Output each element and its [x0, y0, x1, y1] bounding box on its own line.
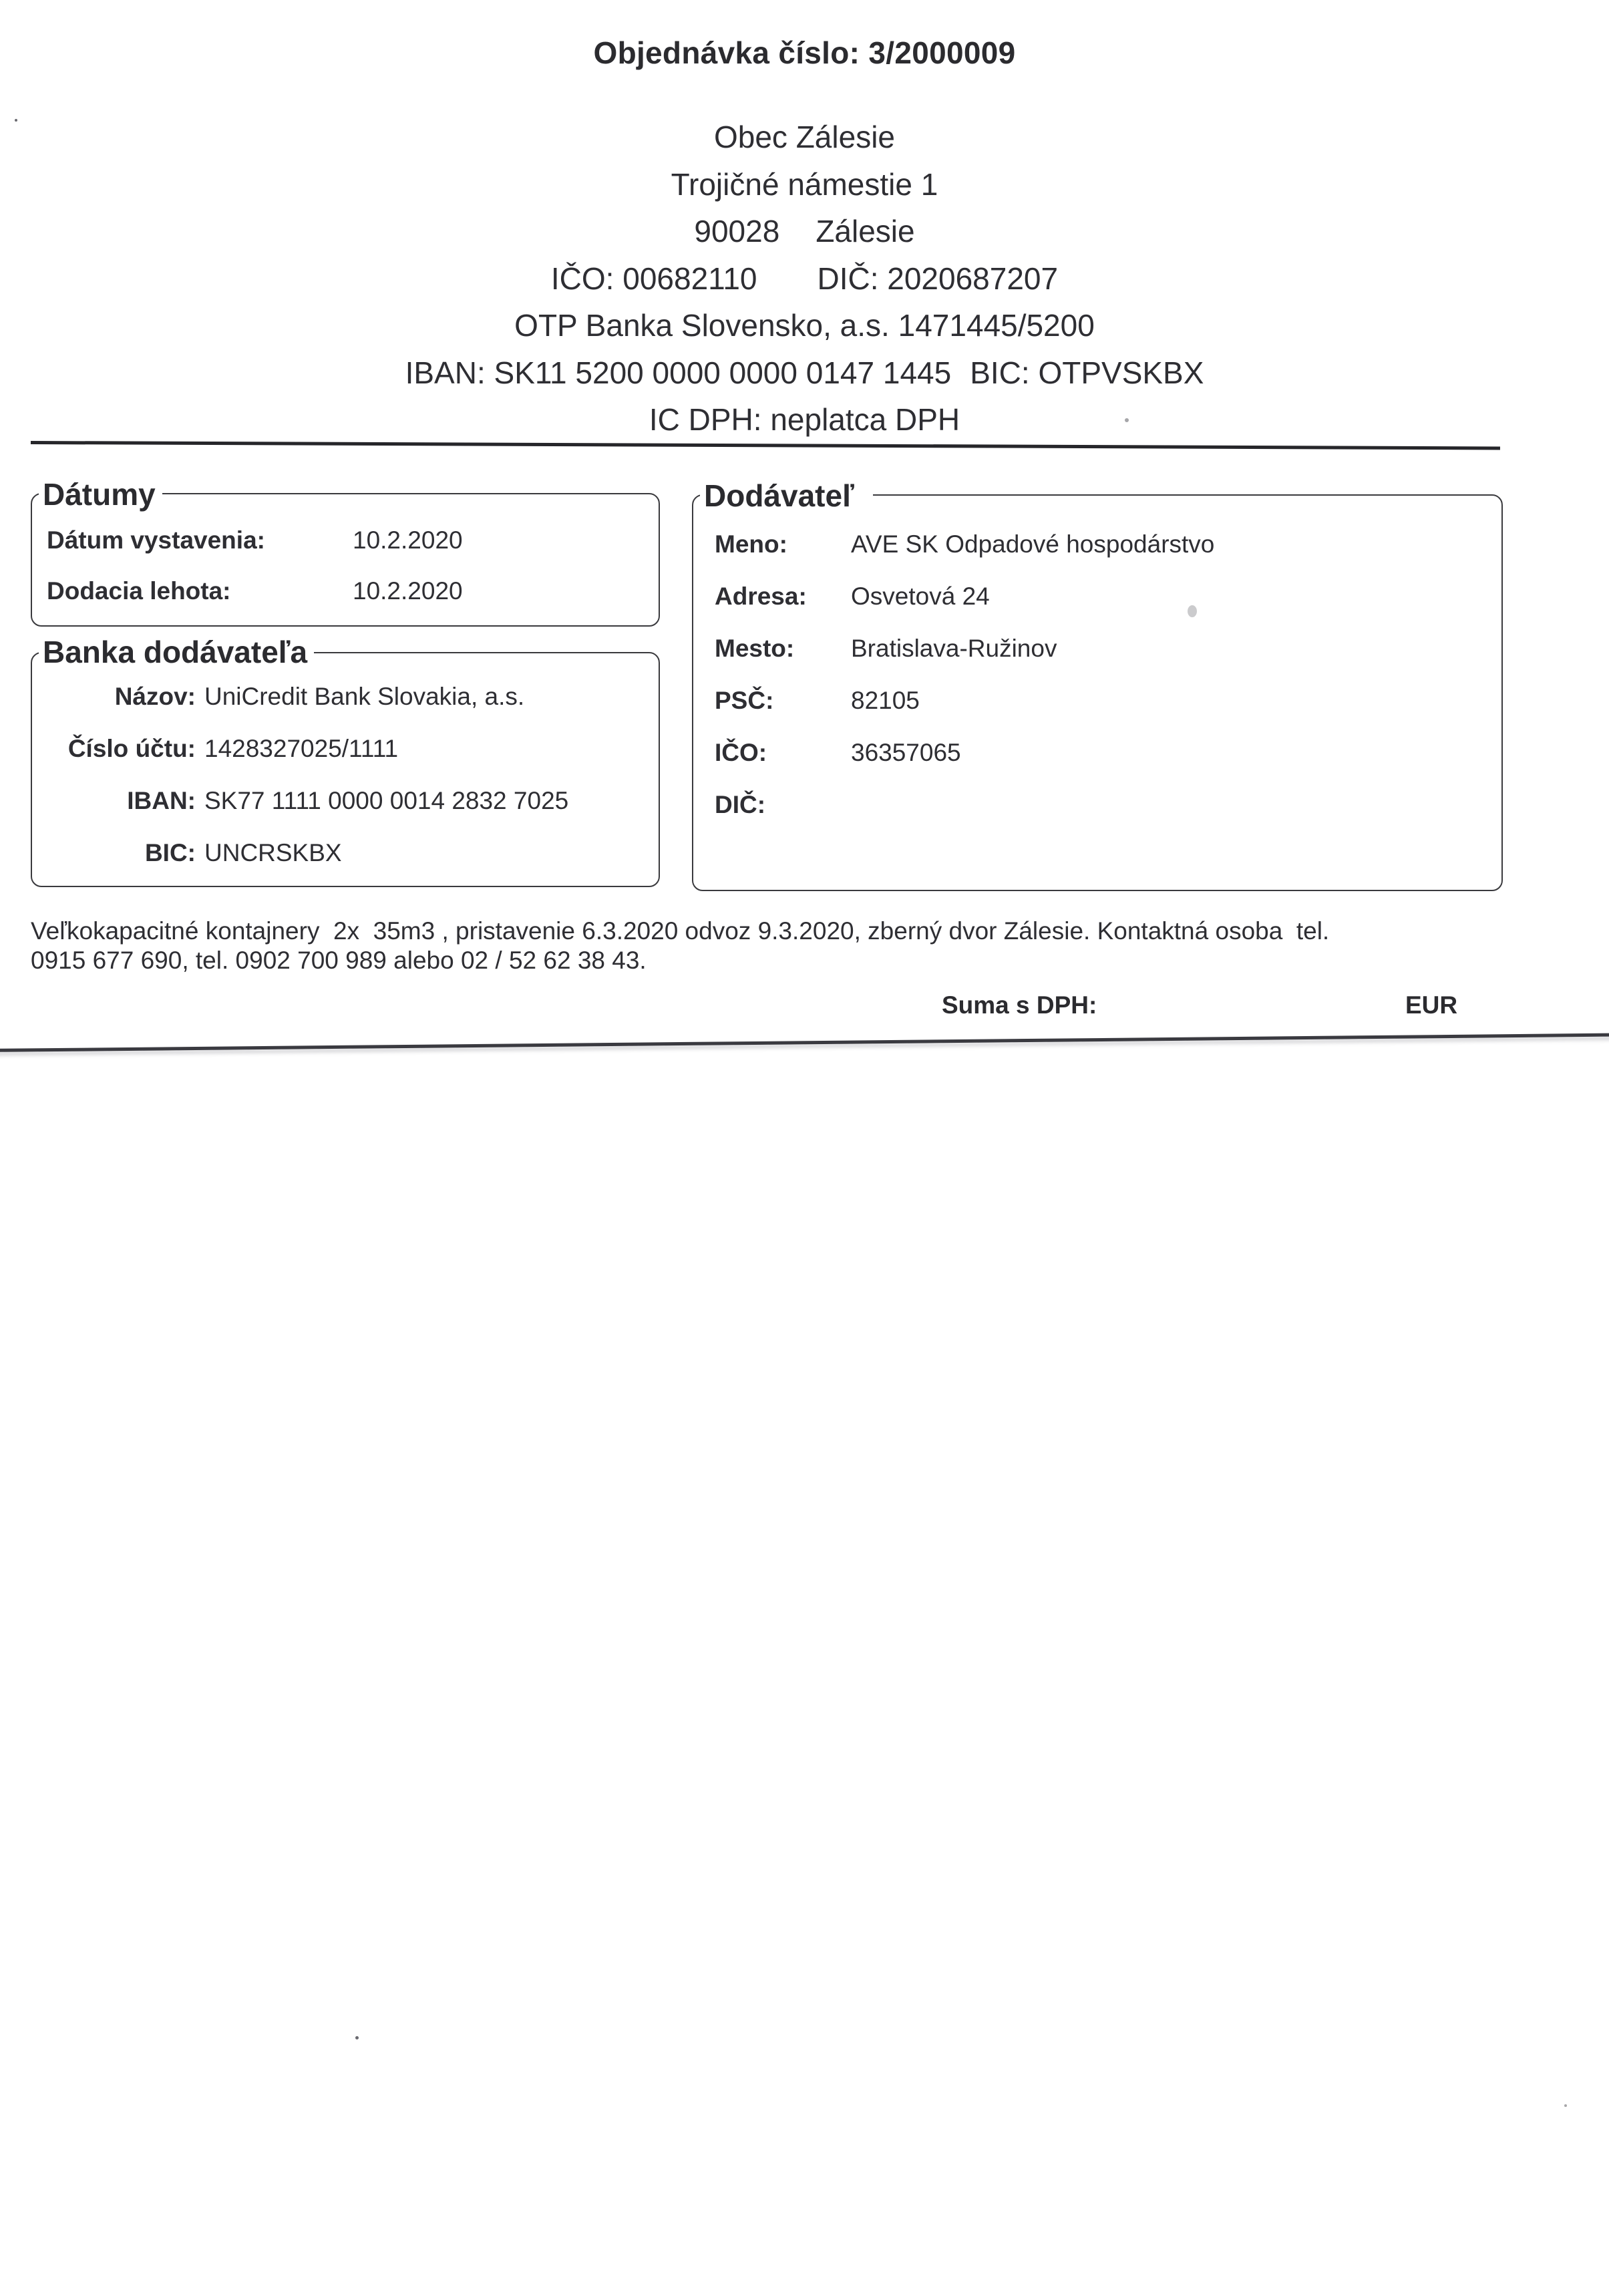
- issue-date-label: Dátum vystavenia:: [47, 526, 265, 554]
- issuer-name: Obec Zálesie: [0, 114, 1609, 161]
- issuer-bic-label: BIC:: [970, 355, 1029, 390]
- supplier-address-label: Adresa:: [715, 583, 807, 611]
- scan-speck: [1125, 418, 1129, 422]
- total-currency: EUR: [1405, 991, 1457, 1019]
- issuer-city-line: 90028Zálesie: [0, 208, 1609, 255]
- supplier-legend: Dodávateľ: [700, 477, 873, 514]
- issuer-vat: IC DPH: neplatca DPH: [0, 396, 1609, 444]
- issuer-dic-label: DIČ:: [817, 261, 878, 296]
- dates-legend: Dátumy: [39, 476, 162, 513]
- bank-iban-label: IBAN:: [127, 787, 196, 815]
- dates-box: Dátumy Dátum vystavenia: 10.2.2020 Dodac…: [31, 493, 660, 627]
- supplier-bank-legend: Banka dodávateľa: [39, 633, 314, 671]
- issuer-bank: OTP Banka Slovensko, a.s. 1471445/5200: [0, 302, 1609, 349]
- description-line-1: Veľkokapacitné kontajnery 2x 35m3 , pris…: [31, 917, 1527, 946]
- order-title: Objednávka číslo: 3/2000009: [0, 35, 1609, 71]
- order-description: Veľkokapacitné kontajnery 2x 35m3 , pris…: [31, 917, 1527, 975]
- issue-date-row: Dátum vystavenia:: [47, 526, 265, 554]
- delivery-date-row: Dodacia lehota:: [47, 577, 231, 605]
- issuer-city: Zálesie: [816, 214, 914, 249]
- issuer-dic: 2020687207: [887, 261, 1058, 296]
- delivery-date-label: Dodacia lehota:: [47, 577, 231, 605]
- issuer-street: Trojičné námestie 1: [0, 161, 1609, 208]
- issuer-iban: SK11 5200 0000 0000 0147 1445: [494, 355, 952, 390]
- supplier-bank-box: Banka dodávateľa Názov: UniCredit Bank S…: [31, 652, 660, 887]
- issuer-postal-code: 90028: [694, 214, 779, 249]
- supplier-city-value: Bratislava-Ružinov: [851, 635, 1057, 663]
- scan-speck: [1188, 605, 1197, 617]
- supplier-name-value: AVE SK Odpadové hospodárstvo: [851, 530, 1214, 558]
- issuer-iban-line: IBAN: SK11 5200 0000 0000 0147 1445BIC: …: [0, 349, 1609, 397]
- delivery-date-value: 10.2.2020: [353, 577, 463, 605]
- description-line-2: 0915 677 690, tel. 0902 700 989 alebo 02…: [31, 946, 1527, 975]
- bank-bic-value: UNCRSKBX: [204, 839, 342, 867]
- bank-name-label: Názov:: [115, 683, 196, 711]
- scan-speck: [15, 119, 17, 122]
- issuer-ico-label: IČO:: [551, 261, 614, 296]
- supplier-zip-value: 82105: [851, 687, 920, 715]
- bank-name-value: UniCredit Bank Slovakia, a.s.: [204, 683, 524, 711]
- supplier-name-label: Meno:: [715, 530, 787, 558]
- supplier-zip-label: PSČ:: [715, 687, 773, 715]
- supplier-city-label: Mesto:: [715, 635, 794, 663]
- supplier-address-value: Osvetová 24: [851, 583, 990, 611]
- bank-bic-label: BIC:: [145, 839, 196, 867]
- supplier-ico-label: IČO:: [715, 739, 767, 767]
- bank-account-label: Číslo účtu:: [68, 735, 196, 763]
- scan-speck: [1564, 2104, 1567, 2107]
- issue-date-value: 10.2.2020: [353, 526, 463, 554]
- supplier-box: Dodávateľ Meno: AVE SK Odpadové hospodár…: [692, 494, 1503, 891]
- supplier-dic-label: DIČ:: [715, 791, 765, 819]
- bank-account-value: 1428327025/1111: [204, 735, 398, 763]
- issuer-ids: IČO: 00682110DIČ: 2020687207: [0, 255, 1609, 303]
- torn-page-edge: [0, 1033, 1609, 1052]
- issuer-bic: OTPVSKBX: [1038, 355, 1204, 390]
- issuer-block: Obec Zálesie Trojičné námestie 1 90028Zá…: [0, 114, 1609, 444]
- scan-speck: [355, 2036, 359, 2039]
- issuer-ico: 00682110: [622, 261, 757, 296]
- bank-iban-value: SK77 1111 0000 0014 2832 7025: [204, 787, 568, 815]
- supplier-ico-value: 36357065: [851, 739, 961, 767]
- issuer-iban-label: IBAN:: [405, 355, 486, 390]
- total-label: Suma s DPH:: [942, 991, 1097, 1019]
